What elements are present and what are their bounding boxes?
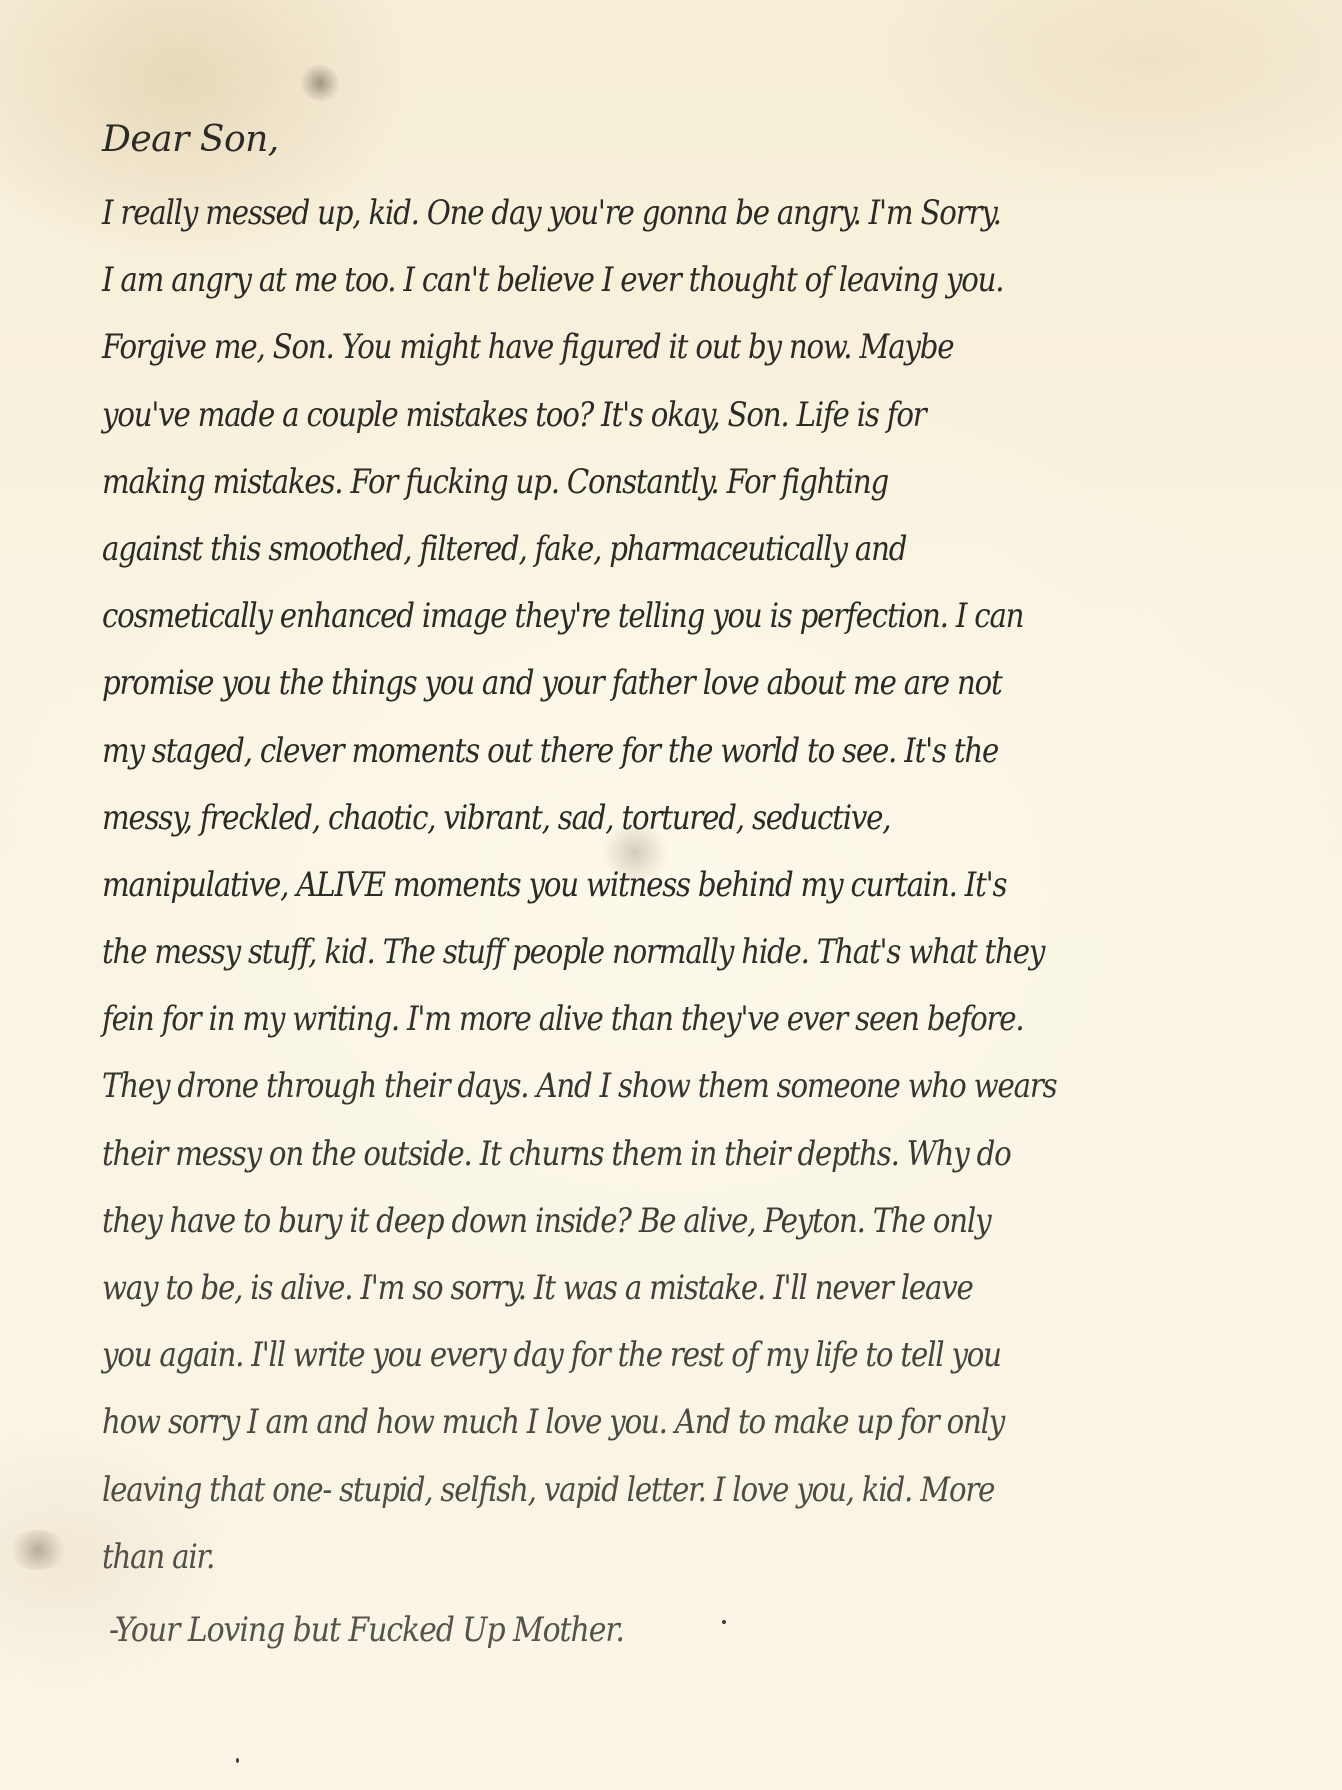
letter-line: how sorry I am and how much I love you. … — [102, 1389, 1134, 1456]
letter-line: promise you the things you and your fath… — [102, 650, 1134, 717]
letter-line: I really messed up, kid. One day you're … — [102, 180, 1134, 247]
letter-line: the messy stuff, kid. The stuff people n… — [102, 919, 1134, 986]
letter-line: manipulative, ALIVE moments you witness … — [102, 852, 1134, 919]
letter-line: than air. — [102, 1524, 1134, 1591]
letter-line: way to be, is alive. I'm so sorry. It wa… — [102, 1255, 1134, 1322]
letter-line: Forgive me, Son. You might have figured … — [102, 314, 1134, 381]
letter-line: They drone through their days. And I sho… — [102, 1053, 1134, 1120]
letter-line: you again. I'll write you every day for … — [102, 1322, 1134, 1389]
letter-line: cosmetically enhanced image they're tell… — [102, 583, 1134, 650]
letter-line: making mistakes. For fucking up. Constan… — [102, 449, 1134, 516]
letter-line: messy, freckled, chaotic, vibrant, sad, … — [102, 785, 1134, 852]
paper-stain — [8, 1530, 68, 1570]
letter-line: I am angry at me too. I can't believe I … — [102, 247, 1134, 314]
letter-line: they have to bury it deep down inside? B… — [102, 1188, 1134, 1255]
ink-speck — [236, 1758, 239, 1763]
letter-line: my staged, clever moments out there for … — [102, 718, 1134, 785]
letter-body: I really messed up, kid. One day you're … — [102, 180, 1302, 1591]
letter: Dear Son, I really messed up, kid. One d… — [102, 112, 1302, 1664]
ink-smudge — [294, 57, 347, 108]
letter-line: leaving that one- stupid, selfish, vapid… — [102, 1457, 1134, 1524]
letter-line: their messy on the outside. It churns th… — [102, 1121, 1134, 1188]
letter-line: you've made a couple mistakes too? It's … — [102, 382, 1134, 449]
letter-line: fein for in my writing. I'm more alive t… — [102, 986, 1134, 1053]
letter-line: against this smoothed, filtered, fake, p… — [102, 516, 1134, 583]
signature: -Your Loving but Fucked Up Mother. — [102, 1597, 1158, 1664]
salutation: Dear Son, — [102, 112, 1302, 168]
